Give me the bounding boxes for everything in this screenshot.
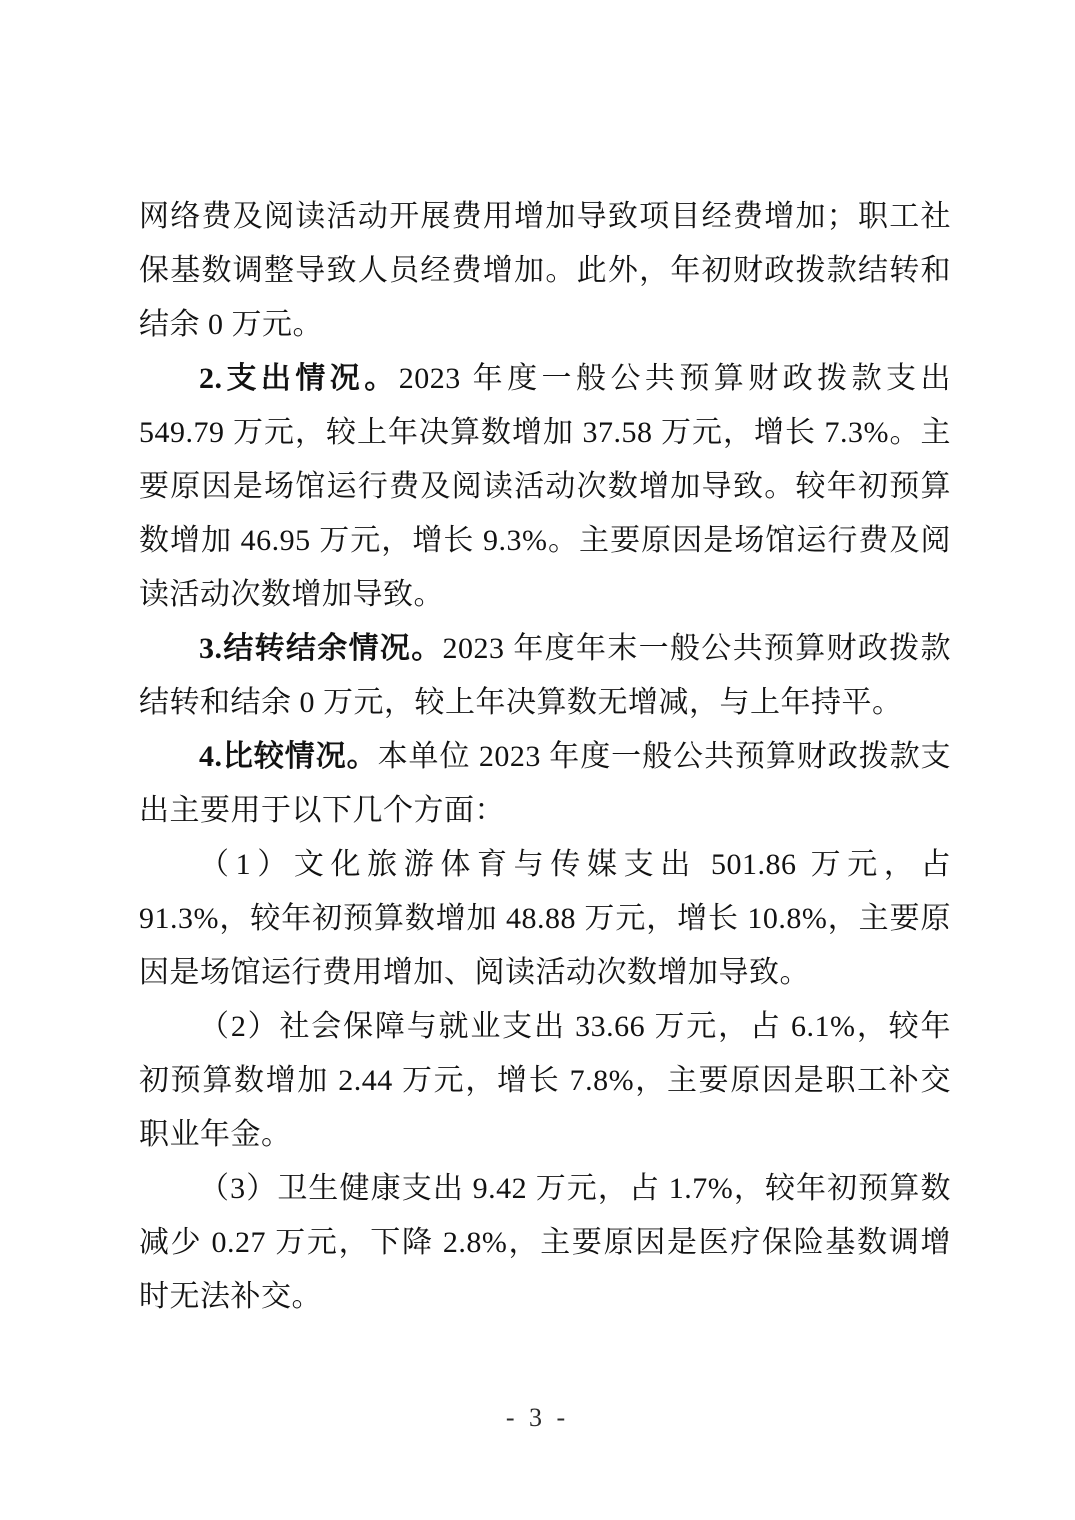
paragraph-lead: 2.支出情况。	[199, 362, 399, 395]
paragraph-item-2-social-security: （2）社会保障与就业支出 33.66 万元，占 6.1%，较年初预算数增加 2.…	[139, 1000, 951, 1162]
paragraph-text: （3）卫生健康支出 9.42 万元，占 1.7%，较年初预算数减少 0.27 万…	[139, 1172, 951, 1313]
paragraph-lead: 3.结转结余情况。	[199, 632, 443, 665]
paragraph-text: （1）文化旅游体育与传媒支出 501.86 万元，占 91.3%，较年初预算数增…	[139, 848, 951, 989]
paragraph-text: 2023 年度一般公共预算财政拨款支出 549.79 万元，较上年决算数增加 3…	[139, 362, 951, 611]
paragraph-text: （2）社会保障与就业支出 33.66 万元，占 6.1%，较年初预算数增加 2.…	[139, 1010, 951, 1151]
paragraph-item-1-culture-tourism: （1）文化旅游体育与传媒支出 501.86 万元，占 91.3%，较年初预算数增…	[139, 838, 951, 1000]
paragraph-item-3-health: （3）卫生健康支出 9.42 万元，占 1.7%，较年初预算数减少 0.27 万…	[139, 1162, 951, 1324]
paragraph-expenditure: 2.支出情况。2023 年度一般公共预算财政拨款支出 549.79 万元，较上年…	[139, 352, 951, 622]
paragraph-continuation: 网络费及阅读活动开展费用增加导致项目经费增加；职工社保基数调整导致人员经费增加。…	[139, 190, 951, 352]
document-body: 网络费及阅读活动开展费用增加导致项目经费增加；职工社保基数调整导致人员经费增加。…	[139, 190, 951, 1324]
paragraph-text: 网络费及阅读活动开展费用增加导致项目经费增加；职工社保基数调整导致人员经费增加。…	[139, 200, 951, 341]
paragraph-comparison: 4.比较情况。本单位 2023 年度一般公共预算财政拨款支出主要用于以下几个方面…	[139, 730, 951, 838]
page-number: - 3 -	[0, 1398, 1075, 1438]
paragraph-carryover: 3.结转结余情况。2023 年度年末一般公共预算财政拨款结转和结余 0 万元，较…	[139, 622, 951, 730]
document-page: 网络费及阅读活动开展费用增加导致项目经费增加；职工社保基数调整导致人员经费增加。…	[0, 0, 1075, 1520]
paragraph-lead: 4.比较情况。	[199, 740, 378, 773]
